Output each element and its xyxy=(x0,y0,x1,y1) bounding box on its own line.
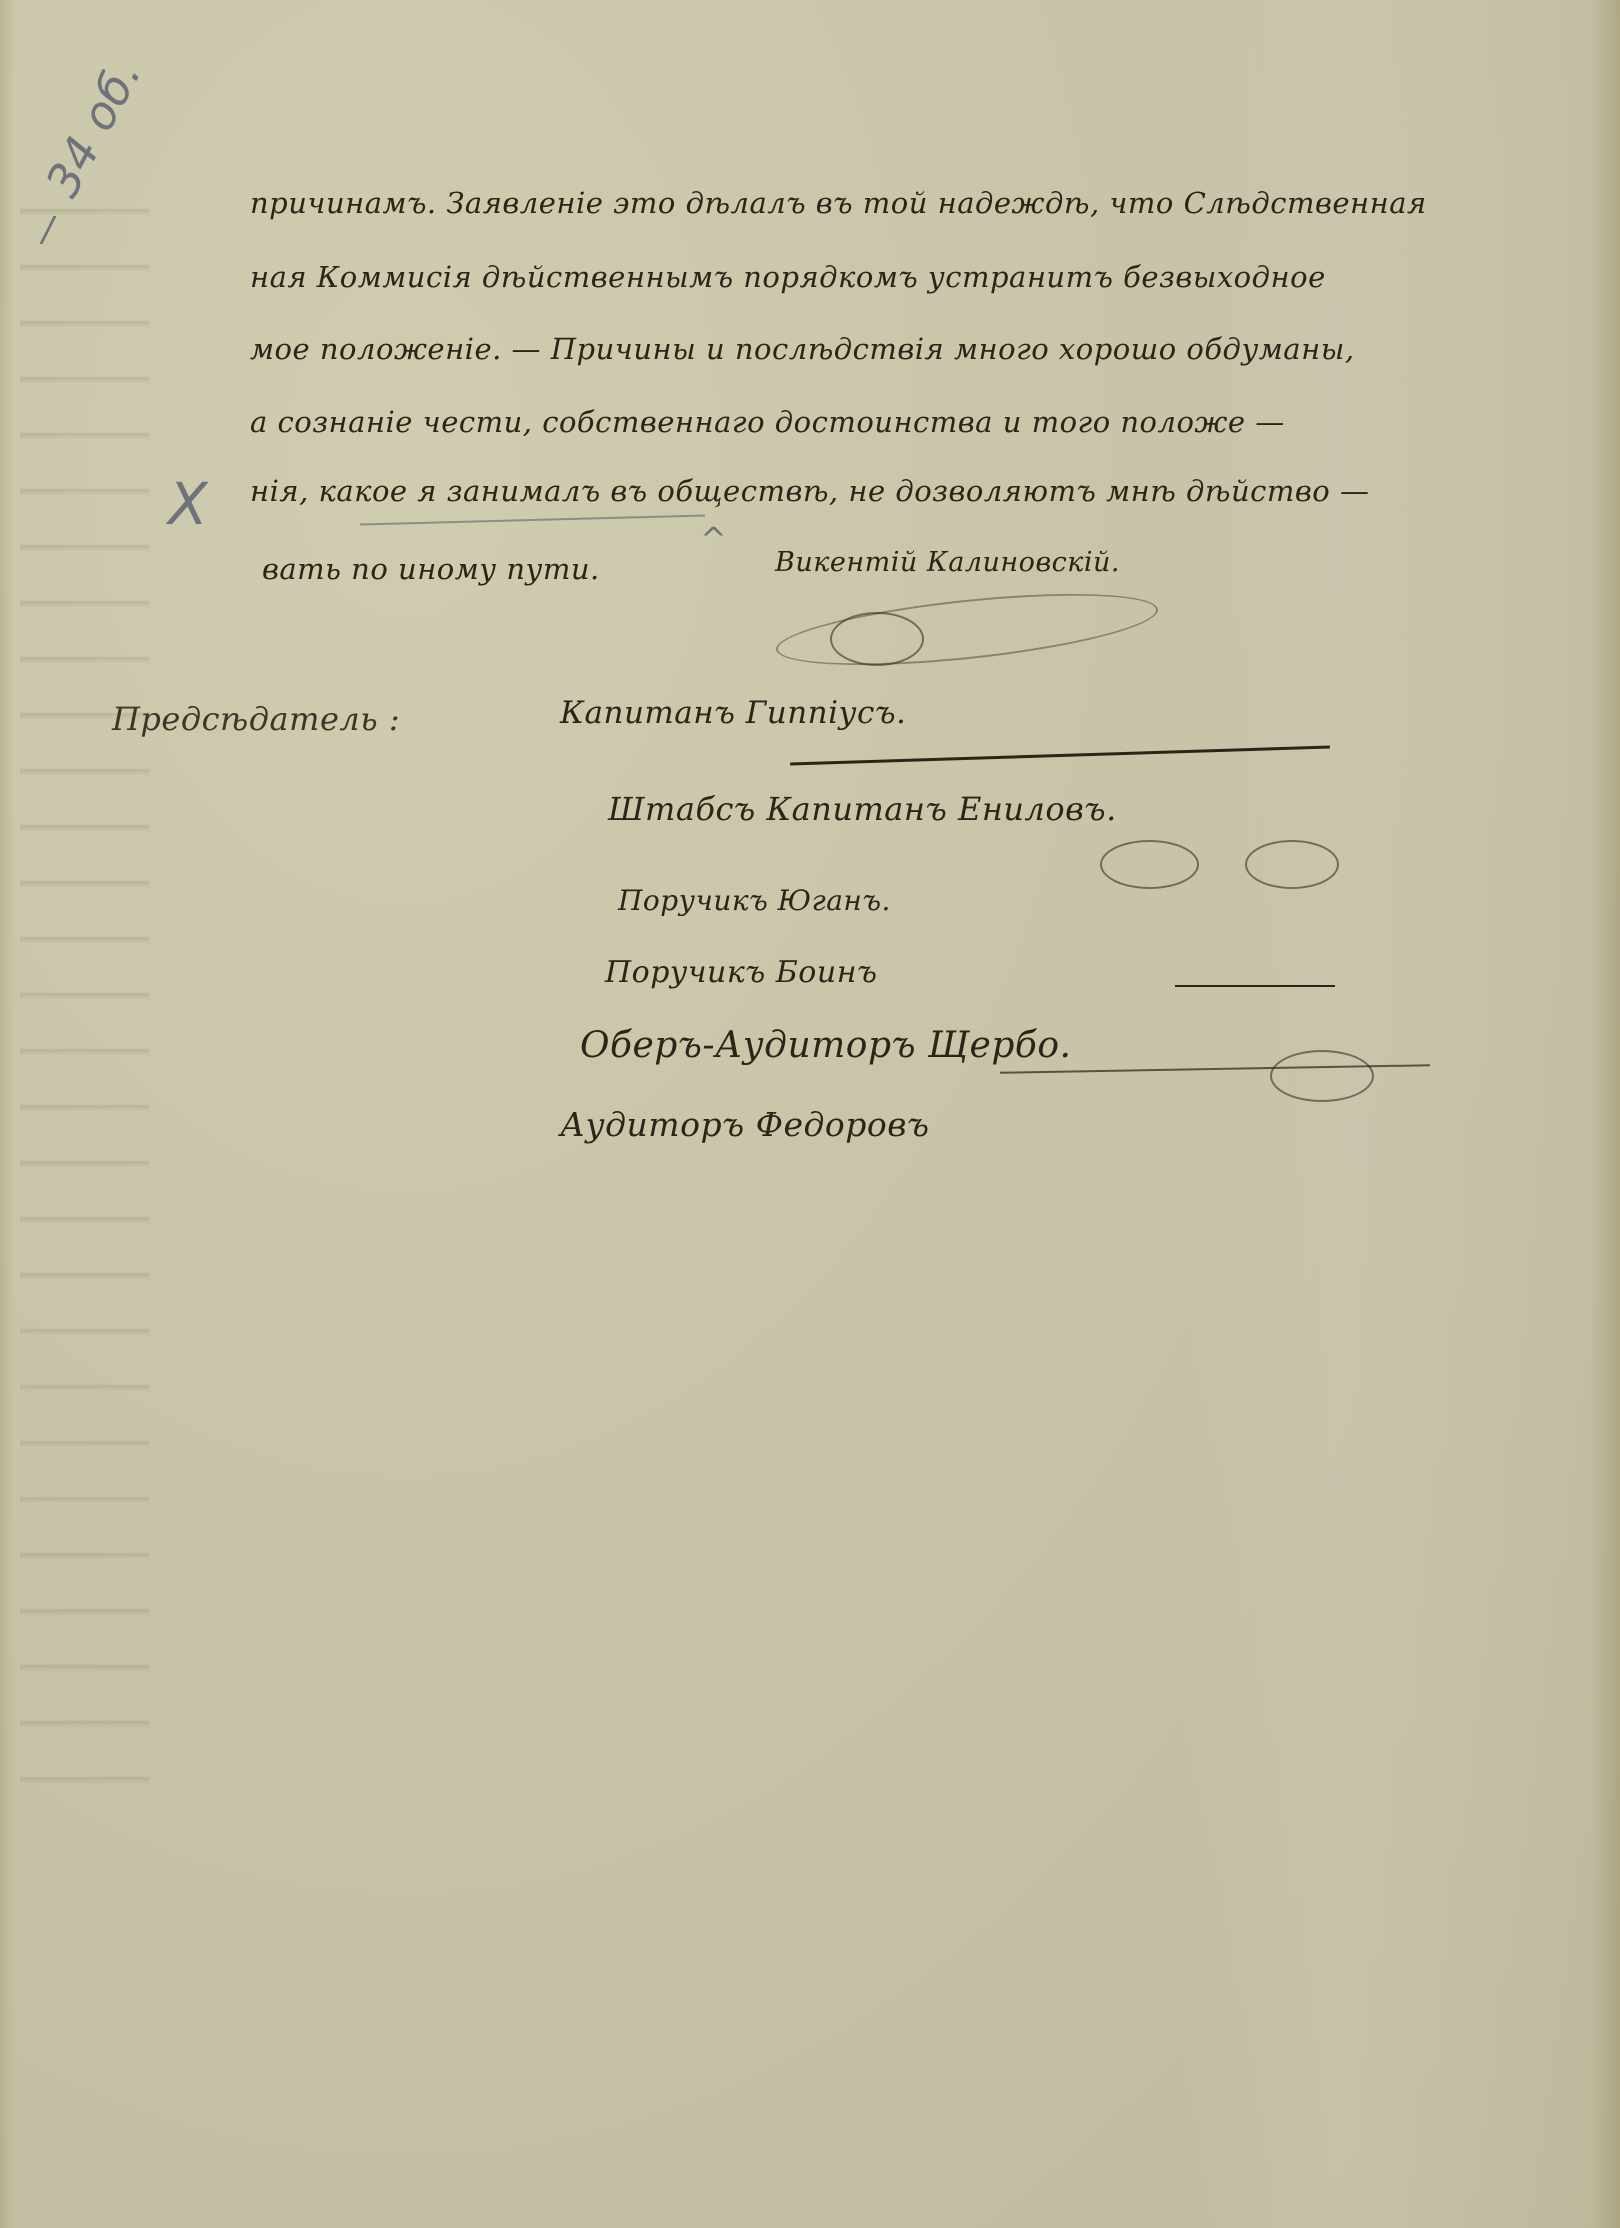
document-page: 34 об. / X причинамъ. Заявленіе это дѣла… xyxy=(0,0,1620,2228)
signature-flourish-loop xyxy=(1245,840,1339,889)
body-line-6: вать по иному пути. xyxy=(262,552,600,586)
margin-tick-mark: / xyxy=(42,210,54,250)
signature-auditor: Аудиторъ Федоровъ xyxy=(560,1105,929,1144)
body-line-1: причинамъ. Заявленіе это дѣлалъ въ той н… xyxy=(250,186,1427,220)
body-line-2: ная Коммисія дѣйственнымъ порядкомъ устр… xyxy=(250,260,1326,294)
pencil-underline xyxy=(360,514,705,525)
signature-ober-auditor: Оберъ-Аудиторъ Щербо. xyxy=(580,1025,1071,1066)
signature-flourish-loop xyxy=(830,612,924,666)
signature-lieutenant-1: Поручикъ Юганъ. xyxy=(618,884,891,917)
signature-flourish-loop xyxy=(1100,840,1199,889)
chairman-label: Предсѣдатель : xyxy=(112,700,400,738)
signature-staff-captain: Штабсъ Капитанъ Ениловъ. xyxy=(608,790,1117,828)
insertion-caret-mark: ^ xyxy=(700,520,727,558)
signature-flourish xyxy=(773,580,1161,679)
author-signature: Викентій Калиновскій. xyxy=(775,547,1120,578)
body-line-5: нія, какое я занималъ въ обществѣ, не до… xyxy=(250,474,1369,508)
margin-cross-mark: X xyxy=(168,470,208,538)
signature-flourish-loop xyxy=(1270,1050,1374,1102)
signature-lieutenant-2: Поручикъ Боинъ xyxy=(605,955,877,990)
bleed-through-stains xyxy=(20,160,150,1810)
body-line-4: а сознаніе чести, собственнаго достоинст… xyxy=(250,405,1285,439)
signature-rule xyxy=(1175,985,1335,987)
signature-captain: Капитанъ Гиппіусъ. xyxy=(560,695,906,731)
body-line-3: мое положеніе. — Причины и послѣдствія м… xyxy=(250,332,1355,366)
